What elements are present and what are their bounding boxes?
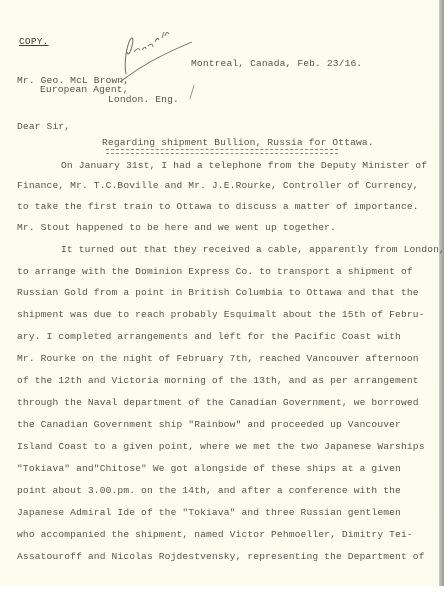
salutation: Dear Sir,	[17, 121, 70, 132]
body-line: who accompanied the shipment, named Vict…	[17, 529, 413, 540]
handwritten-annotation-icon	[118, 26, 198, 84]
pencil-mark-icon	[189, 84, 195, 100]
body-line: Russian Gold from a point in British Col…	[17, 287, 419, 298]
body-line: On January 31st, I had a telephone from …	[61, 160, 427, 171]
body-line: Island Coast to a given point, where we …	[17, 441, 425, 452]
body-line: point about 3.00.pm. on the 14th, and af…	[17, 485, 401, 496]
addressee-city: London. Eng.	[108, 94, 179, 105]
body-line: the Canadian Government ship "Rainbow" a…	[17, 419, 401, 430]
body-line: Japanese Admiral Ide of the "Tokiava" an…	[17, 507, 401, 518]
body-line: of the 12th and Victoria morning of the …	[17, 375, 419, 386]
body-line: Finance, Mr. T.C.Boville and Mr. J.E.Rou…	[17, 180, 419, 191]
body-line: ary. I completed arrangements and left f…	[17, 331, 401, 342]
body-line: Mr. Stout happened to be here and we wen…	[17, 222, 336, 233]
scan-margin	[0, 586, 444, 595]
subject-line: Regarding shipment Bullion, Russia for O…	[102, 137, 374, 148]
page-edge	[439, 0, 444, 586]
body-line: to arrange with the Dominion Express Co.…	[17, 266, 413, 277]
place-date: Montreal, Canada, Feb. 23/16.	[191, 58, 362, 69]
body-line: "Tokiava" and"Chitose" We got alongside …	[17, 463, 401, 474]
body-line: It turned out that they received a cable…	[61, 244, 444, 255]
body-line: to take the first train to Ottawa to dis…	[17, 201, 419, 212]
copy-mark: COPY.	[19, 36, 49, 47]
body-line: Assatouroff and Nicolas Rojdestvensky, r…	[17, 551, 425, 562]
body-line: Mr. Rourke on the night of February 7th,…	[17, 353, 419, 364]
subject-underline	[106, 149, 338, 154]
body-line: shipment was due to reach probably Esqui…	[17, 309, 425, 320]
body-line: through the Naval department of the Cana…	[17, 397, 419, 408]
